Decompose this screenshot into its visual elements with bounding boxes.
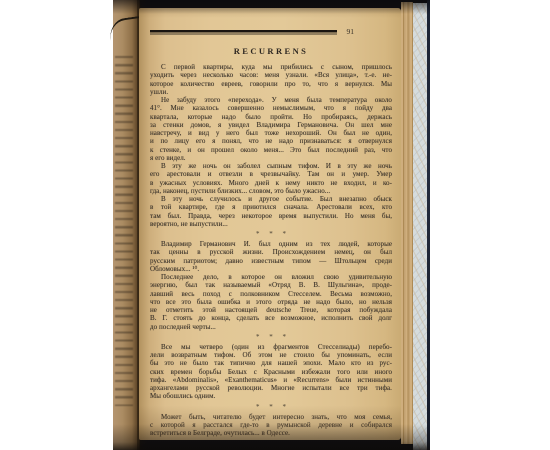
paragraph: Может быть, читателю будет интересно зна… [150,413,392,438]
text-line: энергию, был так называемый «Отряд В. В.… [150,281,392,289]
section-separator: * * * [150,333,392,342]
facing-page-edge [113,0,140,450]
text-line: ушли. [150,88,392,96]
paragraph: Последнее дело, в которое он вложил свою… [150,273,392,331]
text-line: в той квартире, где я приютился сначала.… [150,203,392,211]
text-line: в ужасных условиях. Много дней к нему ни… [150,179,392,187]
text-line: архангелами русской революции. Многие ис… [150,384,392,392]
text-line: за стенки домов, я увидел Владимира Герм… [150,121,392,129]
text-line: В эту же ночь он заболел сыпным тифом. И… [150,162,392,170]
paragraph: В эту ночь случилось и другое событие. Б… [150,195,392,228]
page-header: 91 [150,28,392,36]
text-line: гда, наконец, пустили близких... словом,… [150,187,392,195]
text-column: С первой квартиры, куда мы прибились с с… [150,63,392,437]
text-line: так ценны в русской жизни. Происхождение… [150,248,392,256]
text-line: С первой квартиры, куда мы прибились с с… [150,63,392,71]
section-separator: * * * [150,230,392,239]
header-rule [150,30,337,35]
text-line: тифа. «Abdominalis», «Exanthematicus» и … [150,376,392,384]
text-line: к стенке, и он прошел около меня... Это … [150,146,392,154]
text-line: лавший весь поход с полковником Стесселе… [150,290,392,298]
text-line: навстречу, и вид у него был тоже нехорош… [150,129,392,137]
paragraph: Все мы четверо (один из фрагментов Стесс… [150,343,392,401]
paragraph: С первой квартиры, куда мы прибились с с… [150,63,392,96]
paragraph: Владимир Германович И. был одним из тех … [150,240,392,273]
text-line: Мы обошлись одним. [150,392,392,400]
paragraph: Не забуду этого «перехода». У меня была … [150,96,392,162]
text-line: вероятно, не выпустили... [150,220,392,228]
section-separator: * * * [150,403,392,412]
text-line: там был. Правда, через некоторое время в… [150,212,392,220]
marbled-cover-edge [413,3,427,450]
paragraph: В эту же ночь он заболел сыпным тифом. И… [150,162,392,195]
text-line: с которой я расстался где-то в румынской… [150,421,392,429]
text-line: Владимир Германович И. был одним из тех … [150,240,392,248]
text-line: уходить через несколько часов: меня узна… [150,71,392,79]
text-line: В. Г. стоять до конца, сделать все возмо… [150,314,392,322]
book-page: 91 RECURRENS С первой квартиры, куда мы … [139,8,401,440]
fore-edge-pages [401,2,413,444]
text-line: Обломовых... ¹⁰. [150,265,392,273]
text-line: 41°. Мне казалось совершенно немыслимым,… [150,104,392,112]
text-line: я его видел. [150,154,392,162]
text-line: В эту ночь случилось и другое событие. Б… [150,195,392,203]
text-line: что все это была ошибка и этого отряда н… [150,298,392,306]
text-line: его арестовали и отвезли в чрезвычайку. … [150,170,392,178]
screenshot-canvas: 91 RECURRENS С первой квартиры, куда мы … [0,0,550,450]
text-line: квартала, которые надо было пройти. Но п… [150,113,392,121]
text-line: Последнее дело, в которое он вложил свою… [150,273,392,281]
chapter-heading: RECURRENS [150,46,392,56]
text-line: ских времен борьбы Белых с Красными избе… [150,368,392,376]
text-line: Все мы четверо (один из фрагментов Стесс… [150,343,392,351]
page-number: 91 [347,28,355,36]
text-line: бы это не было так типично для нашей эпо… [150,359,392,367]
cover-board-edge [427,0,430,450]
facing-page-blurred-text [115,56,133,406]
text-line: не отметить этой настоящей deutsche Treu… [150,306,392,314]
text-line: встретиться в Белграде, очутилась... в О… [150,429,392,437]
text-line: русским патриотом; давно известным типом… [150,257,392,265]
text-line: которое количество евреев, говорили про … [150,80,392,88]
book-photo: 91 RECURRENS С первой квартиры, куда мы … [113,0,430,450]
text-line: и по лицу его я понял, что не надо призн… [150,137,392,145]
text-line: лели возвратным тифом. Об этом не стоило… [150,351,392,359]
text-line: до последней черты... [150,323,392,331]
text-line: Не забуду этого «перехода». У меня была … [150,96,392,104]
text-line: Может быть, читателю будет интересно зна… [150,413,392,421]
